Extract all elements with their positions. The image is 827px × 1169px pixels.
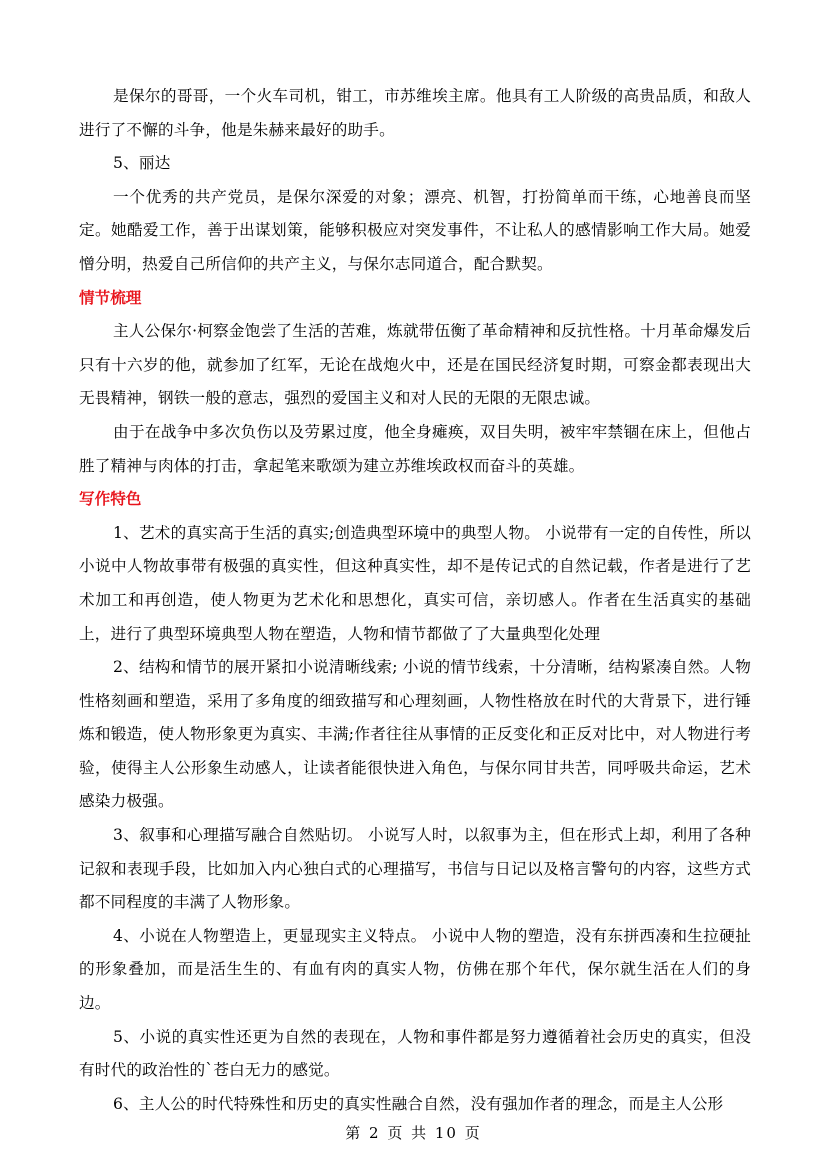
paragraph-plot-2: 由于在战争中多次负伤以及劳累过度，他全身瘫痪，双目失明，被牢牢禁锢在床上，但他占…: [79, 416, 751, 483]
section-heading-plot: 情节梳理: [79, 282, 751, 316]
paragraph-feature-5: 5、小说的真实性还更为自然的表现在，人物和事件都是努力遵循着社会历史的真实，但没…: [79, 1021, 751, 1088]
character-heading-lida: 5、丽达: [79, 147, 751, 181]
paragraph-character-lida: 一个优秀的共产党员，是保尔深爱的对象；漂亮、机智，打扮简单而干练，心地善良而坚定…: [79, 181, 751, 282]
paragraph-feature-1: 1、艺术的真实高于生活的真实;创造典型环境中的典型人物。 小说带有一定的自传性，…: [79, 517, 751, 651]
paragraph-character-brother: 是保尔的哥哥，一个火车司机，钳工，市苏维埃主席。他具有工人阶级的高贵品质，和敌人…: [79, 80, 751, 147]
section-heading-writing-features: 写作特色: [79, 483, 751, 517]
document-page: 是保尔的哥哥，一个火车司机，钳工，市苏维埃主席。他具有工人阶级的高贵品质，和敌人…: [79, 80, 751, 1121]
paragraph-feature-3: 3、叙事和心理描写融合自然贴切。 小说写人时，以叙事为主，但在形式上却，利用了各…: [79, 819, 751, 920]
page-number-footer: 第 2 页 共 10 页: [0, 1122, 827, 1143]
paragraph-plot-1: 主人公保尔·柯察金饱尝了生活的苦难，炼就带伍衡了革命精神和反抗性格。十月革命爆发…: [79, 315, 751, 416]
paragraph-feature-2: 2、结构和情节的展开紧扣小说清晰线索; 小说的情节线索，十分清晰，结构紧凑自然。…: [79, 651, 751, 819]
paragraph-feature-6: 6、主人公的时代特殊性和历史的真实性融合自然，没有强加作者的理念，而是主人公形: [79, 1088, 751, 1122]
paragraph-feature-4: 4、小说在人物塑造上，更显现实主义特点。 小说中人物的塑造，没有东拼西凑和生拉硬…: [79, 920, 751, 1021]
